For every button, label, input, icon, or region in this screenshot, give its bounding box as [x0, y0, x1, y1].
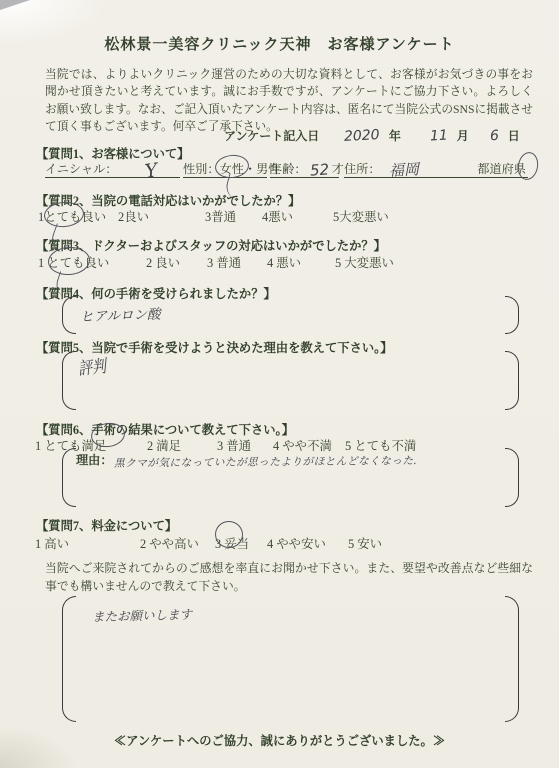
q5-answer-box: 評判 [62, 351, 519, 410]
q2-option-2: 2良い [118, 207, 149, 225]
q7-header: 【質問7、料金について】 [36, 516, 177, 534]
q7-options-row: 1 高い 2 やや高い 3 妥当 4 やや安い 5 安い [0, 534, 559, 552]
q4-handwritten-answer: ヒアルロン酸 [80, 303, 161, 326]
q3-option-5: 5 大変悪い [335, 253, 394, 271]
q2-option-5: 5大変悪い [333, 207, 389, 225]
q3-header: 【質問3、ドクターおよびスタッフの対応はいかがでしたか？】 [36, 236, 386, 254]
q3-option-2: 2 良い [146, 253, 180, 271]
date-year-handwritten: 2020 [344, 127, 380, 145]
q4-answer-box: ヒアルロン酸 [62, 296, 519, 334]
q6-reason-label: 理由： [76, 451, 113, 468]
feedback-bracket-left [62, 596, 76, 722]
age-unit: 才 [332, 160, 344, 177]
gender-label: 性別： [183, 160, 220, 177]
initial-label: イニシャル： [45, 160, 117, 177]
q6-bracket-left [62, 448, 76, 507]
intro-paragraph: 当院では、よりよいクリニック運営のための大切な資料として、お客様がお気づきの事を… [45, 66, 533, 136]
q7-option-2: 2 やや高い [140, 534, 199, 552]
q2-options-row: 1とても良い 2良い 3普通 4悪い 5大変悪い [0, 207, 559, 225]
q7-option-1: 1 高い [35, 534, 69, 552]
q6-reason-box: 理由： 黒クマが気になっていたが思ったよりがほとんどなくなった. [62, 448, 519, 507]
feedback-prompt: 当院へご来院されてからのご感想を率直にお聞かせ下さい。また、要望や改善点など些細… [45, 560, 533, 595]
initial-handwritten: Y [145, 164, 159, 178]
feedback-bracket-right [505, 596, 519, 722]
q7-option-5: 5 安い [348, 534, 382, 552]
feedback-answer-box: またお願いします [62, 596, 519, 722]
scanned-survey-page: 松林景一美容クリニック天神 お客様アンケート 当院では、よりよいクリニック運営の… [0, 0, 559, 768]
q4-bracket-right [505, 296, 519, 334]
closing-message: ≪アンケートへのご協力、誠にありがとうございました。≫ [0, 731, 559, 749]
q5-handwritten-answer: 評判 [77, 353, 107, 381]
age-field: 年齢： 52 才 [270, 159, 339, 178]
date-label: アンケート記入日 [224, 129, 319, 143]
address-handwritten: 福岡 [388, 163, 419, 178]
q6-bracket-right [505, 448, 519, 507]
date-day-unit: 日 [508, 129, 520, 143]
q2-option-3: 3普通 [205, 207, 236, 225]
date-month-handwritten: 11 [430, 128, 449, 145]
address-label: 住所： [344, 160, 381, 177]
date-month-unit: 月 [457, 129, 469, 143]
q6-handwritten-reason: 黒クマが気になっていたが思ったよりがほとんどなくなった. [114, 452, 499, 470]
feedback-handwritten-answer: またお願いします [92, 605, 192, 626]
q7-option-4: 4 やや安い [267, 534, 326, 552]
date-line: アンケート記入日 2020 年 11 月 6 日 [224, 127, 520, 144]
initial-field: イニシャル： Y [45, 159, 180, 178]
survey-title: 松林景一美容クリニック天神 お客様アンケート [0, 33, 559, 54]
q5-bracket-right [505, 351, 519, 410]
date-year-unit: 年 [389, 129, 401, 143]
q5-bracket-left [62, 351, 76, 410]
scan-corner-artifact [0, 0, 30, 10]
q3-option-4: 4 悪い [267, 253, 301, 271]
age-label: 年齢： [270, 160, 307, 177]
address-field: 住所： 福岡 都道府県 [344, 159, 528, 178]
q2-option-4: 4悪い [262, 207, 293, 225]
age-handwritten: 52 [309, 163, 329, 177]
date-day-handwritten: 6 [489, 128, 499, 144]
q4-bracket-left [62, 296, 76, 334]
q3-option-3: 3 普通 [207, 253, 241, 271]
